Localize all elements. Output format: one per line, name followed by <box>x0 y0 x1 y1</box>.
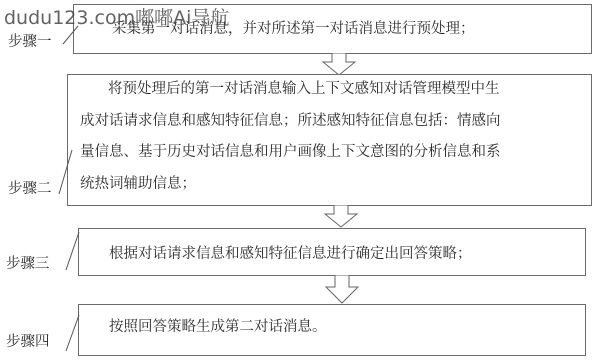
step-2-line-1: 将预处理后的第一对话消息输入上下文感知对话管理模型中生 <box>80 74 581 106</box>
step-2-text: 将预处理后的第一对话消息输入上下文感知对话管理模型中生 成对话请求信息和感知特征… <box>80 74 581 200</box>
step-3-box: 根据对话请求信息和感知特征信息进行确定出回答策略； <box>78 228 586 276</box>
step-2-line-4: 统热词辅助信息； <box>80 169 581 201</box>
step-4-label: 步骤四 <box>6 330 50 351</box>
step-4-box: 按照回答策略生成第二对话消息。 <box>78 304 586 356</box>
step-4-text: 按照回答策略生成第二对话消息。 <box>109 315 575 336</box>
step-2-box: 将预处理后的第一对话消息输入上下文感知对话管理模型中生 成对话请求信息和感知特征… <box>67 74 592 206</box>
step-3-leader-line <box>62 230 82 274</box>
step-2-line-3: 量信息、基于历史对话信息和用户画像上下文意图的分析信息和系 <box>80 137 581 169</box>
watermark: dudu123.com嘟嘟Ai导航 <box>4 3 229 30</box>
step-2-leader-line <box>55 148 75 198</box>
arrow-down-icon <box>323 275 367 305</box>
arrow-down-icon <box>322 205 366 229</box>
step-4-leader-line <box>62 313 82 355</box>
step-2-label: 步骤二 <box>8 177 52 198</box>
step-1-label: 步骤一 <box>8 30 52 51</box>
step-3-text: 根据对话请求信息和感知特征信息进行确定出回答策略； <box>109 242 575 263</box>
step-3-label: 步骤三 <box>6 252 50 273</box>
step-2-line-2: 成对话请求信息和感知特征信息；所述感知特征信息包括：情感向 <box>80 106 581 138</box>
